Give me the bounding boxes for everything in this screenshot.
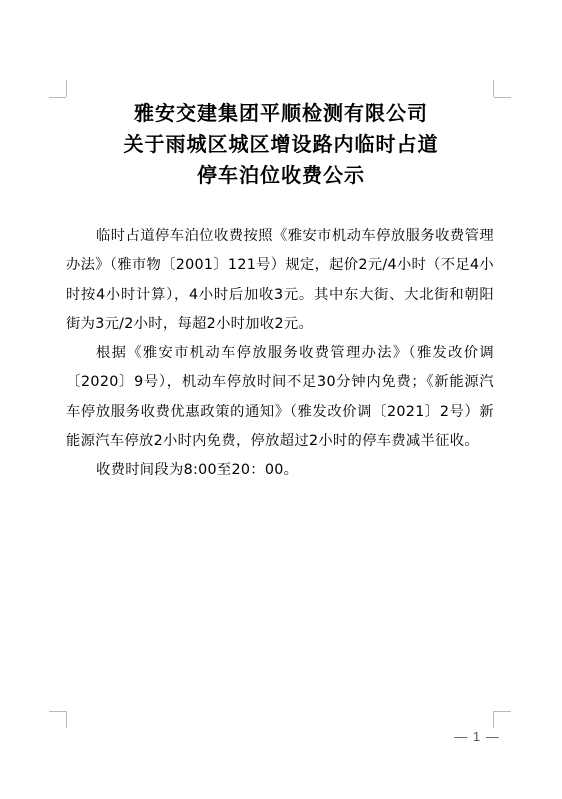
title-line-3: 停车泊位收费公示 <box>0 160 562 191</box>
crop-mark-bottom-right-horizontal <box>494 711 511 712</box>
paragraph-fee-rules: 临时占道停车泊位收费按照《雅安市机动车停放服务收费管理办法》（雅市物〔2001〕… <box>66 222 494 339</box>
crop-mark-bottom-right-vertical <box>493 711 494 728</box>
paragraph-free-parking-policy: 根据《雅安市机动车停放服务收费管理办法》（雅发改价调〔2020〕9号），机动车停… <box>66 339 494 456</box>
page-number: — 1 — <box>452 729 502 744</box>
paragraph-charging-hours: 收费时间段为8:00至20：00。 <box>66 456 494 485</box>
crop-mark-top-right-vertical <box>493 80 494 97</box>
title-line-2: 关于雨城区城区增设路内临时占道 <box>0 129 562 160</box>
document-title: 雅安交建集团平顺检测有限公司 关于雨城区城区增设路内临时占道 停车泊位收费公示 <box>0 98 562 191</box>
document-body: 临时占道停车泊位收费按照《雅安市机动车停放服务收费管理办法》（雅市物〔2001〕… <box>66 222 494 486</box>
crop-mark-top-left-vertical <box>66 80 67 97</box>
crop-mark-bottom-left-vertical <box>66 711 67 728</box>
crop-mark-bottom-left-horizontal <box>49 711 66 712</box>
title-line-1: 雅安交建集团平顺检测有限公司 <box>0 98 562 129</box>
